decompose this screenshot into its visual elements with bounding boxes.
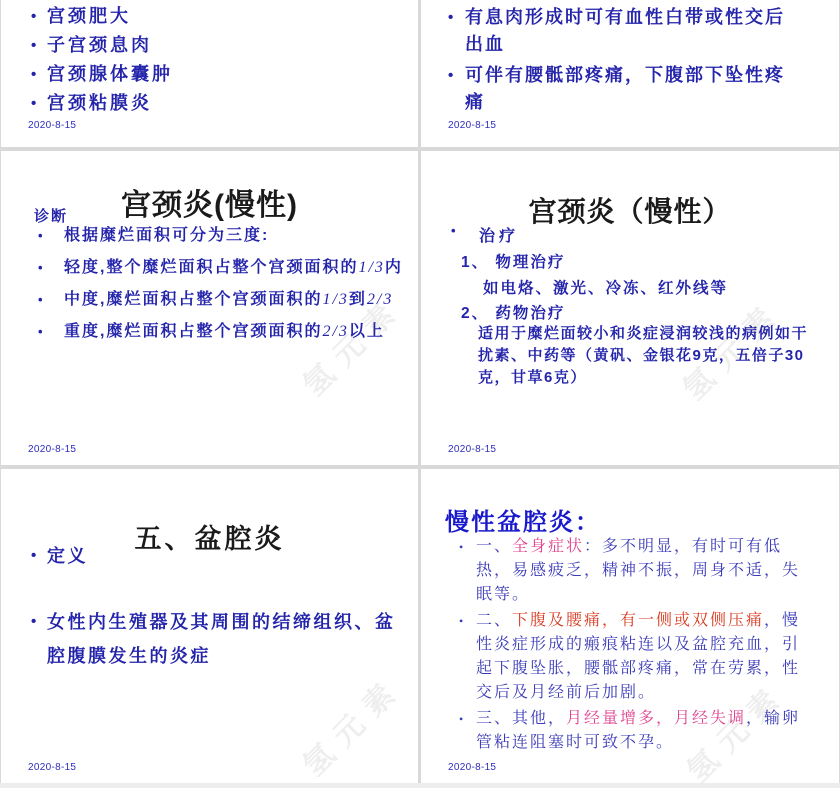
bullet-text: 重度,糜烂面积占整个宫颈面积的2/3以上 [64, 321, 385, 342]
bullet-item: •一、全身症状：多不明显，有时可有低热，易感疲乏，精神不振，周身不适，失眠等。 [459, 535, 815, 607]
bullet-dot-icon: • [448, 62, 465, 89]
bullet-dot-icon: • [38, 321, 64, 342]
bullet-item: •根据糜烂面积可分为三度: [38, 225, 404, 246]
bullet-item: •三、其他，月经量增多，月经失调，输卵管粘连阻塞时可致不孕。 [459, 707, 815, 755]
bullet-dot-icon: • [31, 2, 47, 31]
bullet-item: •子宫颈息肉 [31, 31, 391, 60]
slide-date: 2020-8-15 [28, 120, 76, 131]
bullet-text: 二、下腹及腰痛，有一侧或双侧压痛，慢性炎症形成的瘢痕粘连以及盆腔充血，引起下腹坠… [476, 609, 815, 705]
slide-date: 2020-8-15 [28, 762, 76, 773]
bullet-dot-icon: • [31, 89, 47, 118]
bullet-dot-icon: • [31, 539, 47, 573]
bullet-text: 可伴有腰骶部疼痛，下腹部下坠性疼痛 [465, 62, 800, 116]
numbered-item-1-detail: 如电烙、激光、冷冻、红外线等 [483, 276, 728, 298]
numbered-item-1: 1、 物理治疗 [461, 250, 565, 272]
bullet-dot-icon: • [448, 4, 465, 31]
slide-thumb-3[interactable]: 宫颈炎(慢性) 诊断 •根据糜烂面积可分为三度: •轻度,整个糜烂面积占整个宫颈… [1, 151, 418, 465]
slide-thumb-2[interactable]: •有息肉形成时可有血性白带或性交后出血 •可伴有腰骶部疼痛，下腹部下坠性疼痛 2… [421, 0, 839, 147]
bullet-dot-icon: • [31, 31, 47, 60]
bullet-text: 轻度,整个糜烂面积占整个宫颈面积的1/3内 [64, 257, 403, 278]
bullet-item: •宫颈粘膜炎 [31, 89, 391, 118]
slide-date: 2020-8-15 [28, 444, 76, 455]
bullet-text: 宫颈腺体囊肿 [47, 60, 173, 89]
slide-thumb-4[interactable]: 宫颈炎（慢性） •治疗 1、 物理治疗 如电烙、激光、冷冻、红外线等 2、 药物… [421, 151, 839, 465]
bullet-list: •宫颈肥大 •子宫颈息肉 •宫颈腺体囊肿 •宫颈粘膜炎 [31, 2, 391, 118]
bullet-text: 一、全身症状：多不明显，有时可有低热，易感疲乏，精神不振，周身不适，失眠等。 [476, 535, 815, 607]
bullet-item: •二、下腹及腰痛，有一侧或双侧压痛，慢性炎症形成的瘢痕粘连以及盆腔充血，引起下腹… [459, 609, 815, 705]
bullet-item: •可伴有腰骶部疼痛，下腹部下坠性疼痛 [448, 62, 800, 116]
bullet-text: 中度,糜烂面积占整个宫颈面积的1/3到2/3 [64, 289, 393, 310]
bullet-text: 定义 [47, 539, 88, 573]
slide-date: 2020-8-15 [448, 444, 496, 455]
bullet-text: 宫颈肥大 [47, 2, 131, 31]
bullet-item: •宫颈腺体囊肿 [31, 60, 391, 89]
bullet-list: •一、全身症状：多不明显，有时可有低热，易感疲乏，精神不振，周身不适，失眠等。 … [459, 535, 815, 757]
bullet-item: •有息肉形成时可有血性白带或性交后出血 [448, 4, 800, 58]
bullet-item: •中度,糜烂面积占整个宫颈面积的1/3到2/3 [38, 289, 404, 310]
slide-grid: •宫颈肥大 •子宫颈息肉 •宫颈腺体囊肿 •宫颈粘膜炎 2020-8-15 •有… [0, 0, 840, 783]
bullet-text: 根据糜烂面积可分为三度: [64, 225, 269, 246]
bullet-item: •宫颈肥大 [31, 2, 391, 31]
bullet-list: •有息肉形成时可有血性白带或性交后出血 •可伴有腰骶部疼痛，下腹部下坠性疼痛 [448, 4, 800, 120]
numbered-item-2: 2、 药物治疗 [461, 301, 565, 323]
bullet-list: •根据糜烂面积可分为三度: •轻度,整个糜烂面积占整个宫颈面积的1/3内 •中度… [38, 225, 404, 353]
bullet-item: •定义 [31, 539, 88, 573]
slide-subtitle: 诊断 [34, 205, 68, 226]
slide-thumb-5[interactable]: 五、盆腔炎 •定义 •女性内生殖器及其周围的结缔组织、盆腔腹膜发生的炎症 202… [1, 469, 418, 783]
bullet-dot-icon: • [459, 535, 476, 559]
bullet-dot-icon: • [459, 609, 476, 633]
bullet-dot-icon: • [38, 289, 64, 310]
slide-date: 2020-8-15 [448, 762, 496, 773]
bullet-dot-icon: • [31, 605, 47, 673]
bullet-item: •治疗 [451, 223, 519, 246]
bullet-dot-icon: • [459, 707, 476, 731]
slide-thumb-6[interactable]: 慢性盆腔炎： •一、全身症状：多不明显，有时可有低热，易感疲乏，精神不振，周身不… [421, 469, 839, 783]
bullet-item: •轻度,整个糜烂面积占整个宫颈面积的1/3内 [38, 257, 404, 278]
bullet-text: 子宫颈息肉 [47, 31, 152, 60]
bullet-item: •女性内生殖器及其周围的结缔组织、盆腔腹膜发生的炎症 [31, 605, 403, 673]
bullet-dot-icon: • [38, 225, 64, 246]
numbered-item-2-detail: 适用于糜烂面较小和炎症浸润较浅的病例如干扰素、中药等（黄矾、金银花9克，五倍子3… [478, 323, 824, 389]
bullet-dot-icon: • [31, 60, 47, 89]
bullet-text: 宫颈粘膜炎 [47, 89, 152, 118]
slide-title: 慢性盆腔炎： [445, 502, 601, 537]
slides-preview-page: •宫颈肥大 •子宫颈息肉 •宫颈腺体囊肿 •宫颈粘膜炎 2020-8-15 •有… [0, 0, 840, 788]
slide-date: 2020-8-15 [448, 120, 496, 131]
bullet-text: 有息肉形成时可有血性白带或性交后出血 [465, 4, 800, 58]
bullet-text: 三、其他，月经量增多，月经失调，输卵管粘连阻塞时可致不孕。 [476, 707, 815, 755]
bullet-dot-icon: • [451, 223, 479, 246]
bullet-text: 女性内生殖器及其周围的结缔组织、盆腔腹膜发生的炎症 [47, 605, 403, 673]
slide-thumb-1[interactable]: •宫颈肥大 •子宫颈息肉 •宫颈腺体囊肿 •宫颈粘膜炎 2020-8-15 [1, 0, 418, 147]
bullet-dot-icon: • [38, 257, 64, 278]
bullet-item: •重度,糜烂面积占整个宫颈面积的2/3以上 [38, 321, 404, 342]
bullet-text: 治疗 [479, 223, 519, 246]
